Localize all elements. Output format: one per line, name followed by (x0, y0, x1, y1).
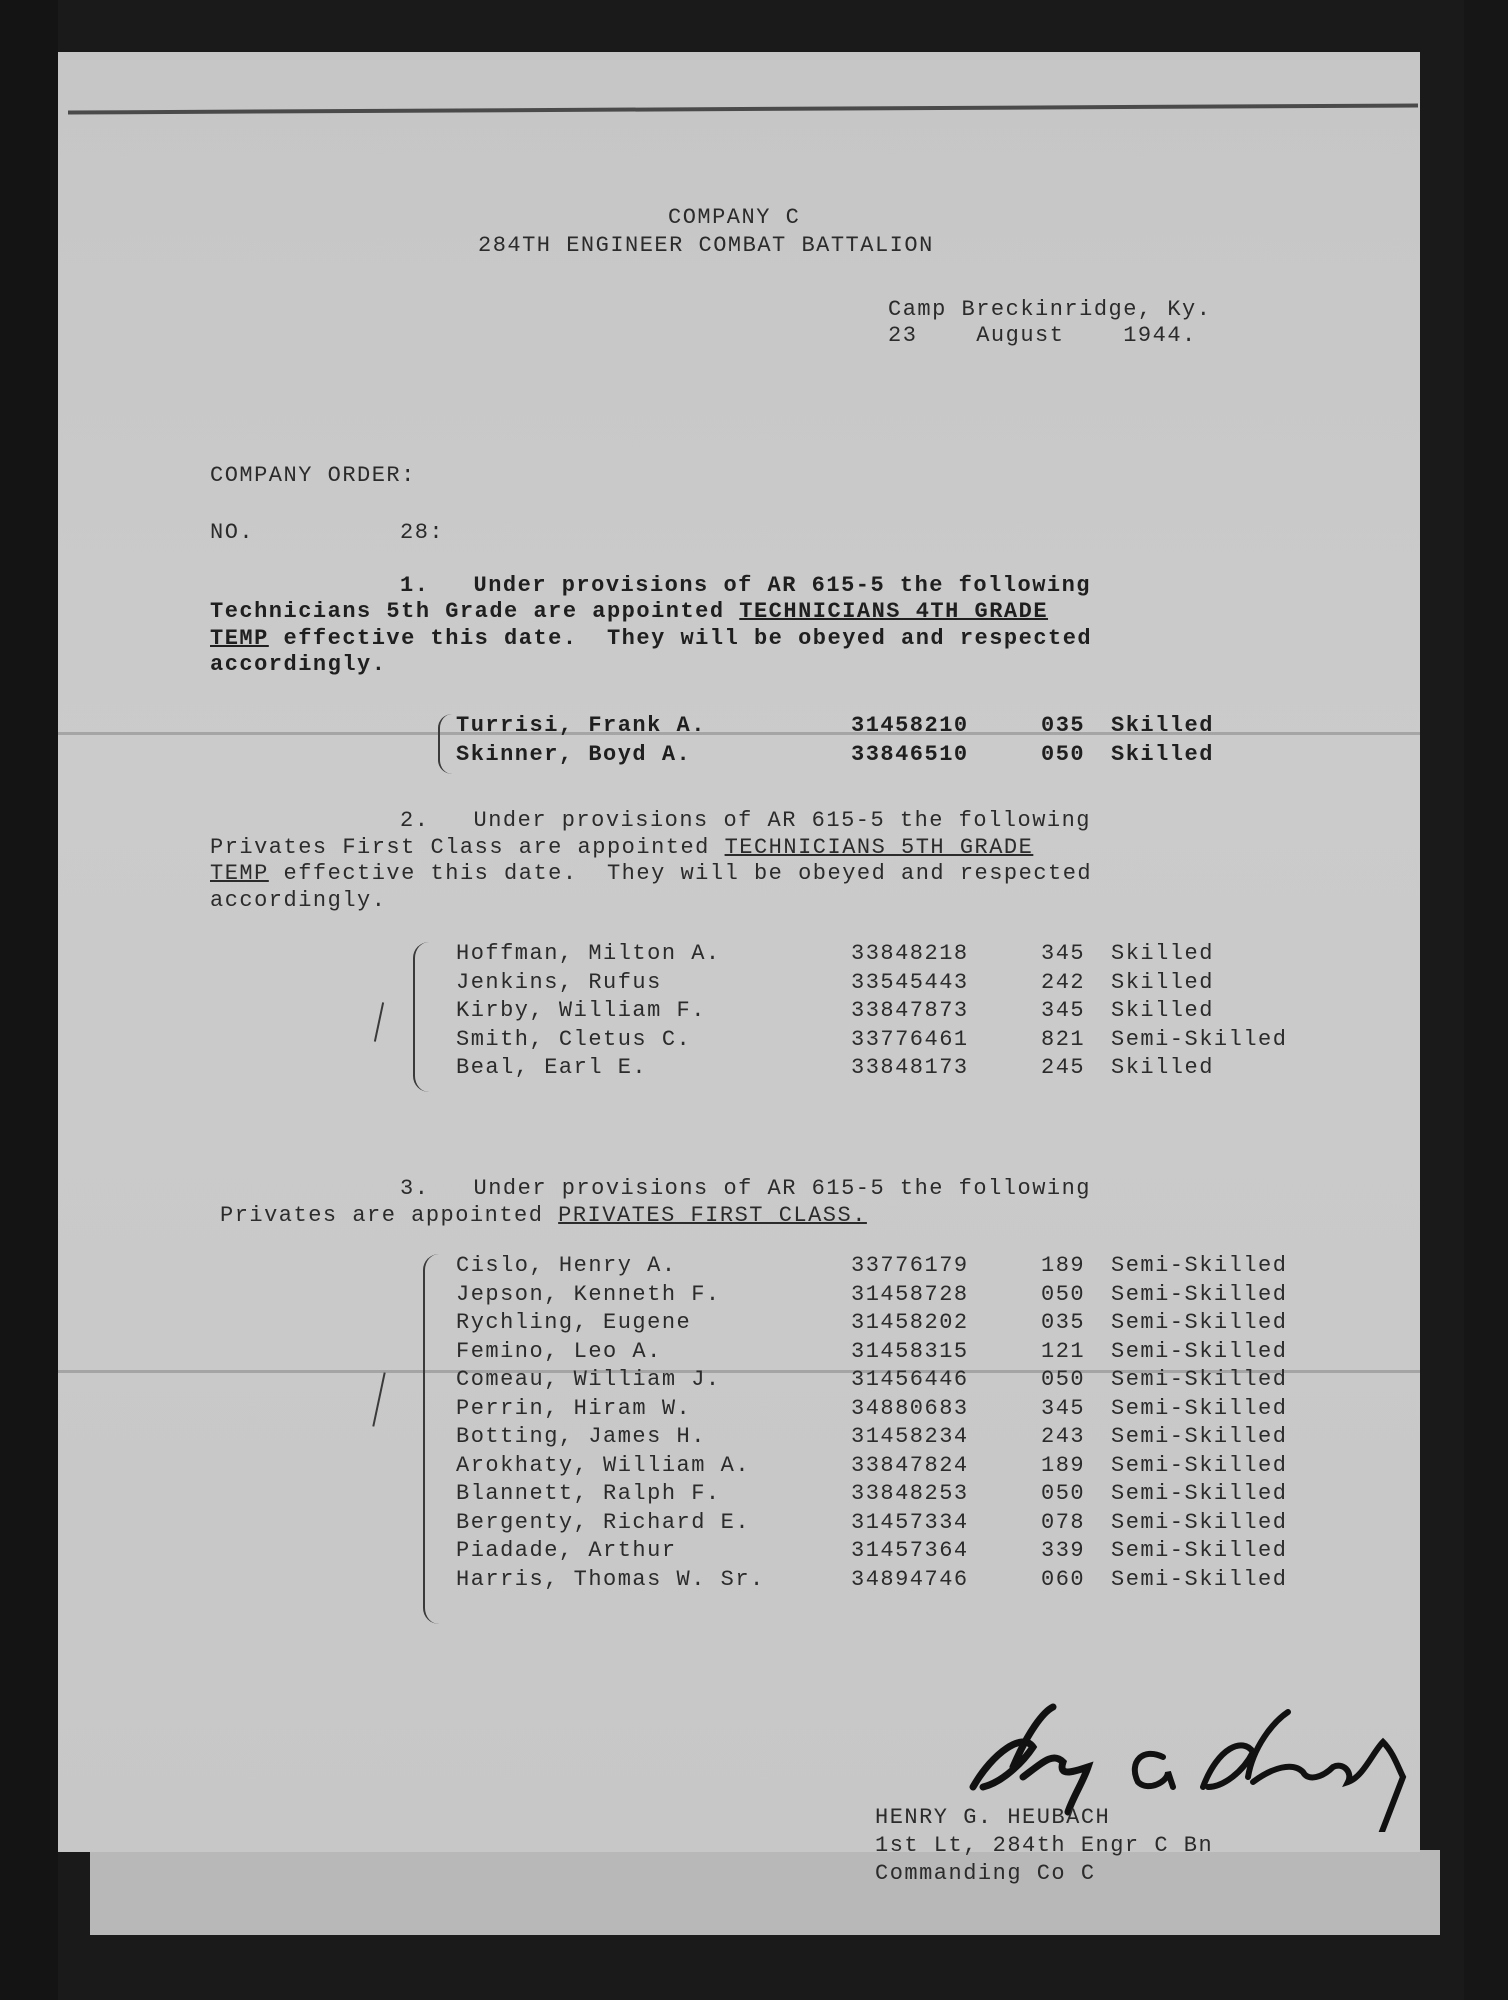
roster-row: Blannett, Ralph F.33848253050Semi-Skille… (456, 1480, 1331, 1509)
skill-level: Semi-Skilled (1111, 1338, 1331, 1367)
paragraph-number: 2. (400, 808, 429, 833)
brace-mark (413, 942, 429, 1092)
paragraph-line: Under provisions of AR 615-5 the followi… (474, 573, 1092, 598)
paragraph-line: accordingly. (210, 887, 386, 915)
serial-number: 34894746 (851, 1566, 1041, 1595)
skill-level: Semi-Skilled (1111, 1423, 1331, 1452)
serial-number: 33847824 (851, 1452, 1041, 1481)
check-mark (372, 1372, 385, 1426)
date: 23 August 1944. (888, 322, 1197, 350)
serial-number: 31458210 (851, 712, 1041, 741)
skill-level: Skilled (1111, 969, 1331, 998)
temp-label: TEMP (210, 861, 269, 886)
mos-code: 050 (1041, 1366, 1111, 1395)
company-heading: COMPANY C (668, 204, 800, 232)
soldier-name: Turrisi, Frank A. (456, 712, 851, 741)
soldier-name: Beal, Earl E. (456, 1054, 851, 1083)
serial-number: 33776461 (851, 1026, 1041, 1055)
skill-level: Semi-Skilled (1111, 1366, 1331, 1395)
order-number: 28: (400, 519, 444, 547)
skill-level: Semi-Skilled (1111, 1281, 1331, 1310)
company-order-label: COMPANY ORDER: (210, 462, 416, 490)
document-page: COMPANY C 284TH ENGINEER COMBAT BATTALIO… (58, 52, 1420, 1852)
roster-row: Harris, Thomas W. Sr.34894746060Semi-Ski… (456, 1566, 1331, 1595)
serial-number: 33545443 (851, 969, 1041, 998)
underlying-sheet (90, 1850, 1440, 1935)
paragraph-line: accordingly. (210, 651, 386, 679)
mos-code: 345 (1041, 997, 1111, 1026)
roster-2: Hoffman, Milton A.33848218345Skilled Jen… (456, 940, 1331, 1083)
roster-row: Botting, James H.31458234243Semi-Skilled (456, 1423, 1331, 1452)
roster-row: Hoffman, Milton A.33848218345Skilled (456, 940, 1331, 969)
mos-code: 189 (1041, 1452, 1111, 1481)
serial-number: 31458202 (851, 1309, 1041, 1338)
paragraph-line: Under provisions of AR 615-5 the followi… (474, 808, 1092, 833)
skill-level: Skilled (1111, 940, 1331, 969)
skill-level: Semi-Skilled (1111, 1566, 1331, 1595)
serial-number: 33848218 (851, 940, 1041, 969)
mos-code: 243 (1041, 1423, 1111, 1452)
roster-row: Skinner, Boyd A. 33846510 050 Skilled (456, 741, 1331, 770)
serial-number: 31457364 (851, 1537, 1041, 1566)
roster-row: Comeau, William J.31456446050Semi-Skille… (456, 1366, 1331, 1395)
skill-level: Semi-Skilled (1111, 1309, 1331, 1338)
roster-row: Perrin, Hiram W.34880683345Semi-Skilled (456, 1395, 1331, 1424)
skill-level: Skilled (1111, 741, 1331, 770)
soldier-name: Hoffman, Milton A. (456, 940, 851, 969)
serial-number: 34880683 (851, 1395, 1041, 1424)
mos-code: 821 (1041, 1026, 1111, 1055)
paragraph-line: Under provisions of AR 615-5 the followi… (474, 1176, 1092, 1201)
paragraph-line: Privates are appointed (220, 1203, 558, 1228)
mos-code: 345 (1041, 1395, 1111, 1424)
skill-level: Semi-Skilled (1111, 1509, 1331, 1538)
roster-row: Cislo, Henry A.33776179189Semi-Skilled (456, 1252, 1331, 1281)
paragraph-number: 3. (400, 1176, 429, 1201)
roster-row: Smith, Cletus C.33776461821Semi-Skilled (456, 1026, 1331, 1055)
roster-row: Rychling, Eugene31458202035Semi-Skilled (456, 1309, 1331, 1338)
skill-level: Semi-Skilled (1111, 1452, 1331, 1481)
mos-code: 050 (1041, 741, 1111, 770)
scan-border-left (0, 0, 58, 2000)
paragraph-line: Technicians 5th Grade are appointed (210, 599, 739, 624)
soldier-name: Bergenty, Richard E. (456, 1509, 851, 1538)
signer-title: Commanding Co C (875, 1860, 1096, 1888)
appointment-grade: TECHNICIANS 5TH GRADE (725, 835, 1034, 860)
appointment-grade: TECHNICIANS 4TH GRADE (739, 599, 1048, 624)
skill-level: Skilled (1111, 997, 1331, 1026)
mos-code: 339 (1041, 1537, 1111, 1566)
roster-3: Cislo, Henry A.33776179189Semi-Skilled J… (456, 1252, 1331, 1594)
roster-row: Kirby, William F.33847873345Skilled (456, 997, 1331, 1026)
paragraph-line: effective this date. They will be obeyed… (269, 861, 1092, 886)
soldier-name: Femino, Leo A. (456, 1338, 851, 1367)
mos-code: 060 (1041, 1566, 1111, 1595)
soldier-name: Blannett, Ralph F. (456, 1480, 851, 1509)
skill-level: Semi-Skilled (1111, 1252, 1331, 1281)
paragraph-line: Privates First Class are appointed (210, 835, 725, 860)
order-number-label: NO. (210, 519, 254, 547)
paragraph-number: 1. (400, 573, 429, 598)
skill-level: Semi-Skilled (1111, 1395, 1331, 1424)
mos-code: 245 (1041, 1054, 1111, 1083)
serial-number: 31457334 (851, 1509, 1041, 1538)
roster-row: Arokhaty, William A.33847824189Semi-Skil… (456, 1452, 1331, 1481)
soldier-name: Piadade, Arthur (456, 1537, 851, 1566)
roster-row: Turrisi, Frank A. 31458210 035 Skilled (456, 712, 1331, 741)
check-mark (374, 1002, 384, 1042)
soldier-name: Jepson, Kenneth F. (456, 1281, 851, 1310)
skill-level: Semi-Skilled (1111, 1480, 1331, 1509)
scan-border-right (1464, 0, 1508, 2000)
signer-name: HENRY G. HEUBACH (875, 1804, 1110, 1832)
mos-code: 035 (1041, 1309, 1111, 1338)
soldier-name: Botting, James H. (456, 1423, 851, 1452)
roster-row: Beal, Earl E.33848173245Skilled (456, 1054, 1331, 1083)
mos-code: 050 (1041, 1281, 1111, 1310)
roster-row: Piadade, Arthur31457364339Semi-Skilled (456, 1537, 1331, 1566)
roster-row: Jepson, Kenneth F.31458728050Semi-Skille… (456, 1281, 1331, 1310)
appointment-grade: PRIVATES FIRST CLASS. (558, 1203, 867, 1228)
mos-code: 345 (1041, 940, 1111, 969)
serial-number: 31458315 (851, 1338, 1041, 1367)
mos-code: 242 (1041, 969, 1111, 998)
mos-code: 050 (1041, 1480, 1111, 1509)
soldier-name: Arokhaty, William A. (456, 1452, 851, 1481)
brace-mark (423, 1254, 439, 1624)
skill-level: Skilled (1111, 712, 1331, 741)
skill-level: Semi-Skilled (1111, 1537, 1331, 1566)
soldier-name: Cislo, Henry A. (456, 1252, 851, 1281)
location: Camp Breckinridge, Ky. (888, 296, 1211, 324)
serial-number: 33848173 (851, 1054, 1041, 1083)
soldier-name: Rychling, Eugene (456, 1309, 851, 1338)
paragraph-line: effective this date. They will be obeyed… (269, 626, 1092, 651)
serial-number: 33846510 (851, 741, 1041, 770)
signer-rank: 1st Lt, 284th Engr C Bn (875, 1832, 1213, 1860)
soldier-name: Comeau, William J. (456, 1366, 851, 1395)
soldier-name: Harris, Thomas W. Sr. (456, 1566, 851, 1595)
mos-code: 035 (1041, 712, 1111, 741)
roster-row: Bergenty, Richard E.31457334078Semi-Skil… (456, 1509, 1331, 1538)
battalion-heading: 284TH ENGINEER COMBAT BATTALION (478, 232, 934, 260)
roster-row: Jenkins, Rufus33545443242Skilled (456, 969, 1331, 998)
brace-mark (438, 714, 452, 774)
serial-number: 31458234 (851, 1423, 1041, 1452)
soldier-name: Kirby, William F. (456, 997, 851, 1026)
roster-row: Femino, Leo A.31458315121Semi-Skilled (456, 1338, 1331, 1367)
soldier-name: Smith, Cletus C. (456, 1026, 851, 1055)
serial-number: 33848253 (851, 1480, 1041, 1509)
skill-level: Semi-Skilled (1111, 1026, 1331, 1055)
roster-1: Turrisi, Frank A. 31458210 035 Skilled S… (456, 712, 1331, 769)
serial-number: 31456446 (851, 1366, 1041, 1395)
top-rule (68, 103, 1418, 114)
soldier-name: Jenkins, Rufus (456, 969, 851, 998)
mos-code: 078 (1041, 1509, 1111, 1538)
serial-number: 33847873 (851, 997, 1041, 1026)
mos-code: 121 (1041, 1338, 1111, 1367)
mos-code: 189 (1041, 1252, 1111, 1281)
soldier-name: Perrin, Hiram W. (456, 1395, 851, 1424)
serial-number: 33776179 (851, 1252, 1041, 1281)
soldier-name: Skinner, Boyd A. (456, 741, 851, 770)
serial-number: 31458728 (851, 1281, 1041, 1310)
temp-label: TEMP (210, 626, 269, 651)
skill-level: Skilled (1111, 1054, 1331, 1083)
